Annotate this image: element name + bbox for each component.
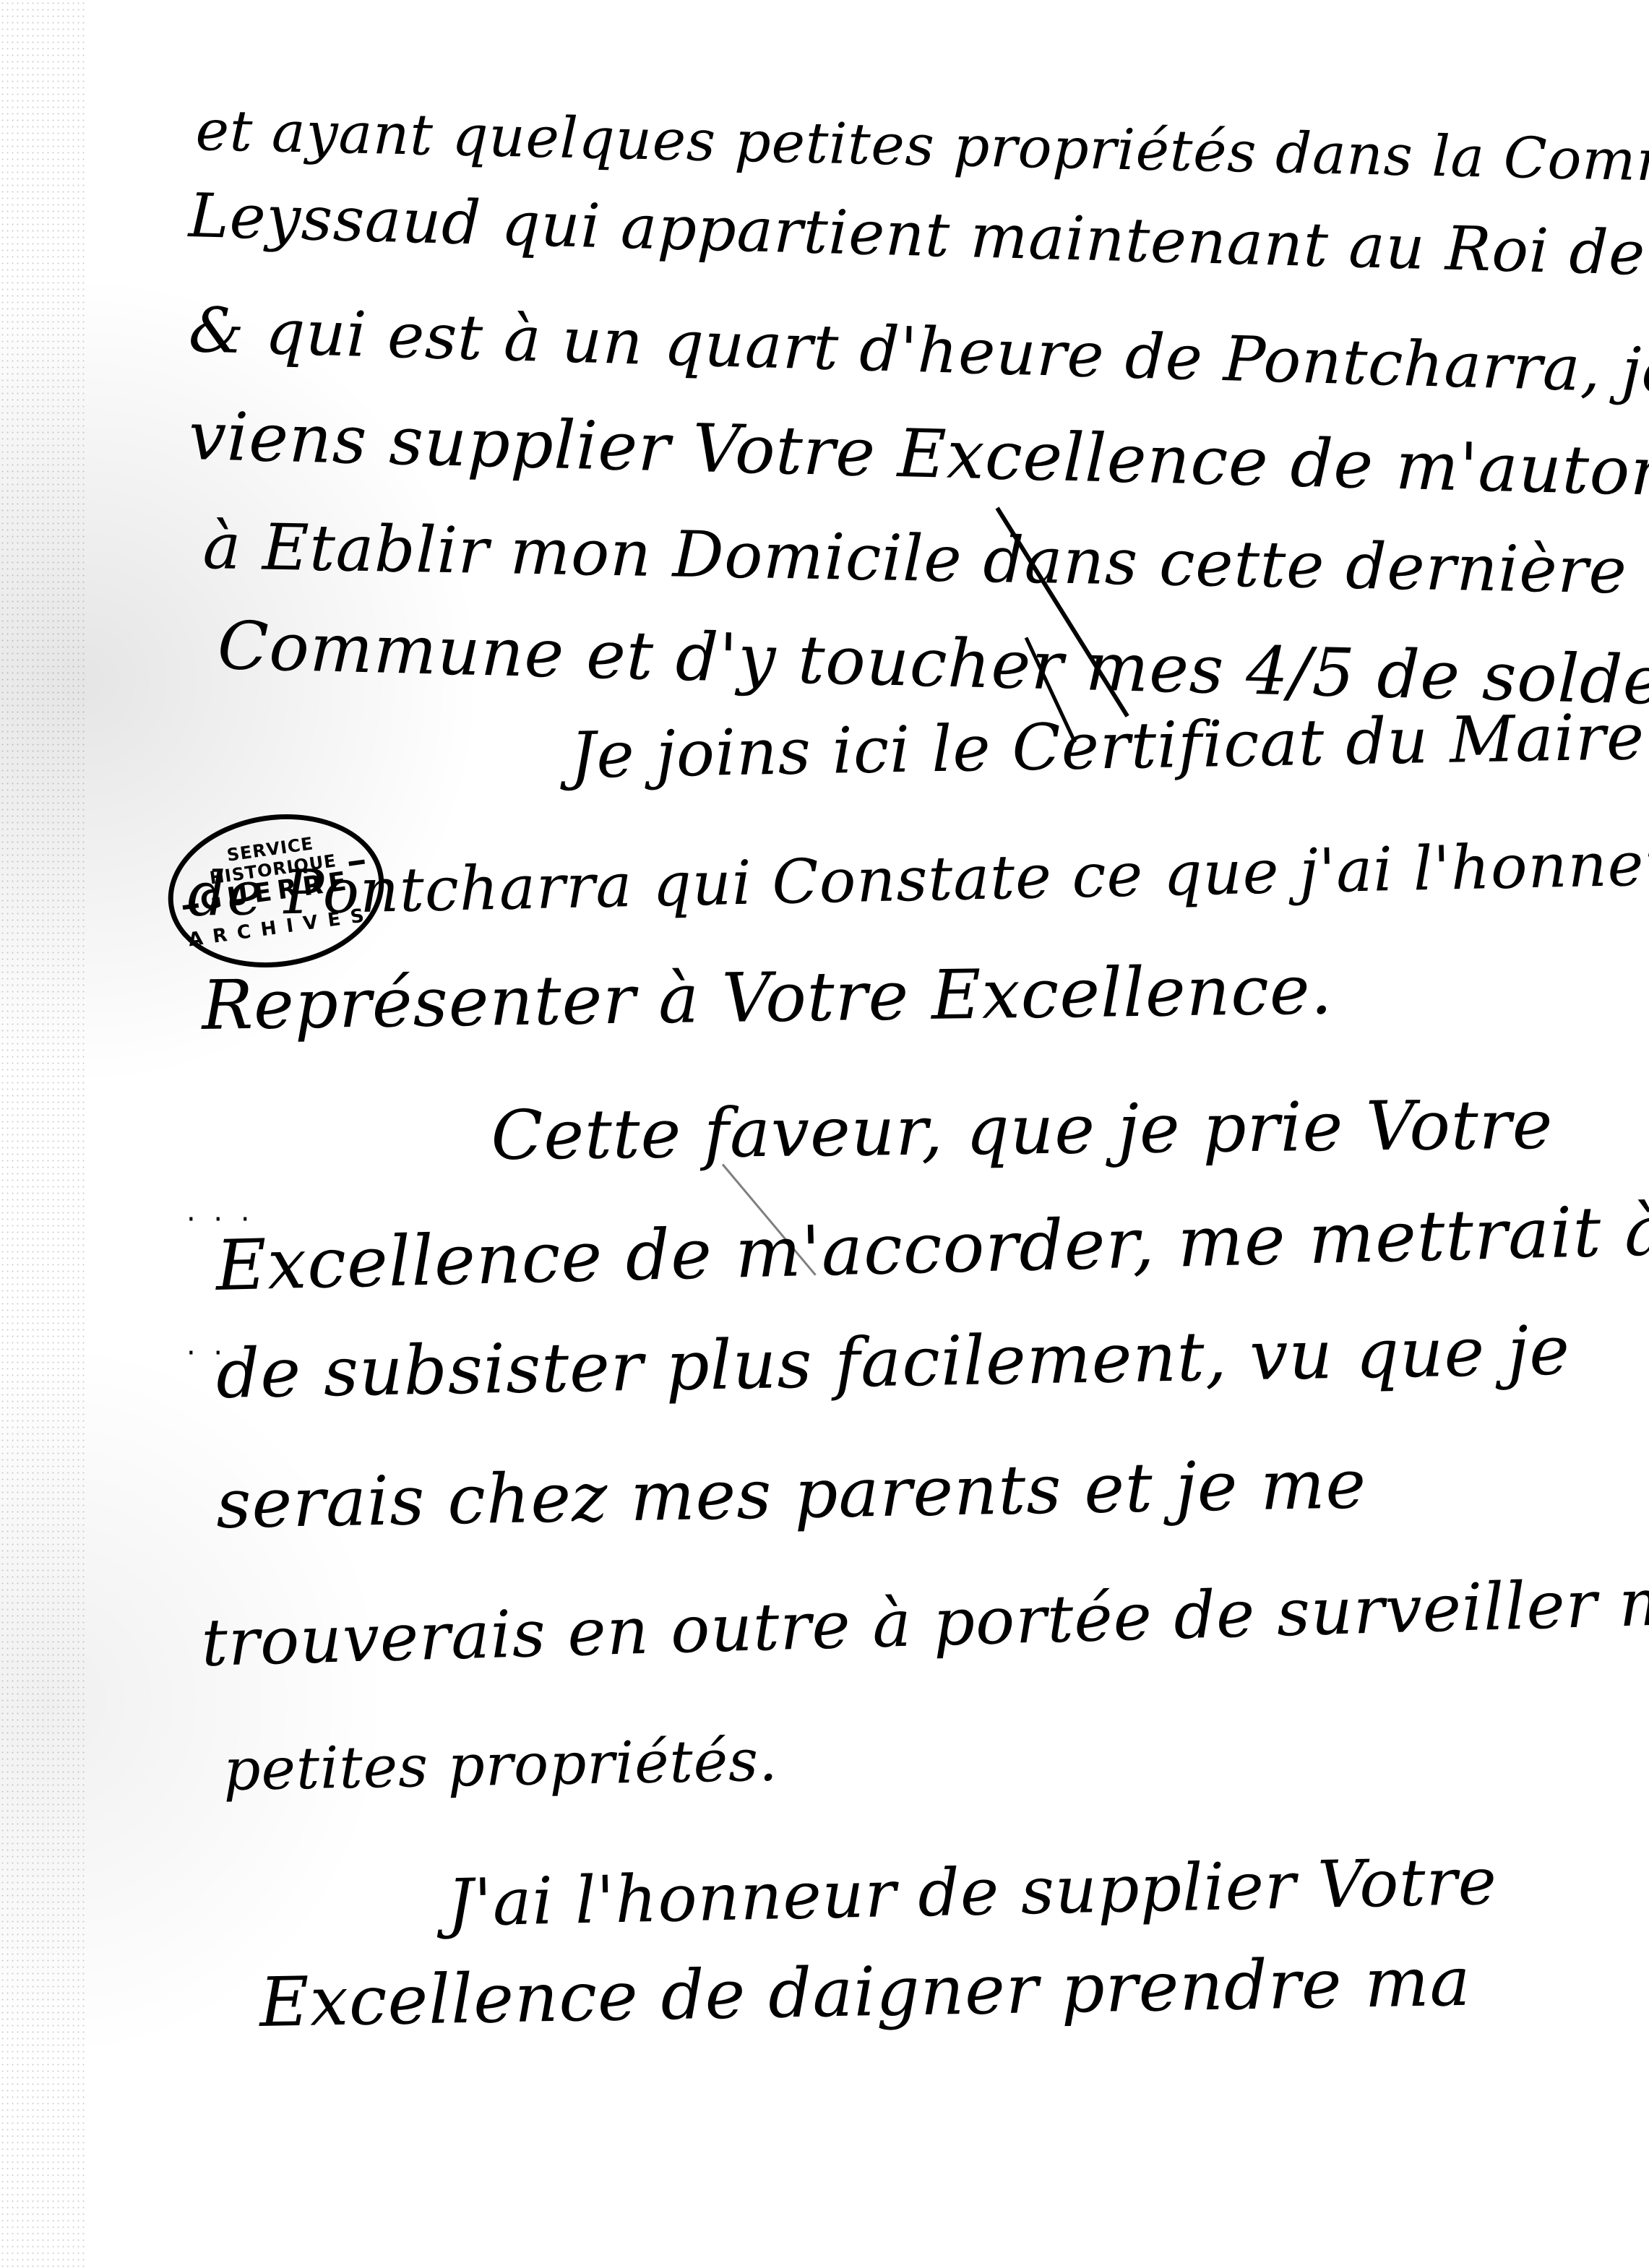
letter-line-4: viens supplier Votre Excellence de m'aut… xyxy=(188,403,1649,509)
letter-line-14: trouverais en outre à portée de surveill… xyxy=(200,1568,1649,1676)
letter-line-5: à Etablir mon Domicile dans cette derniè… xyxy=(202,514,1628,603)
letter-line-9: Représenter à Votre Excellence. xyxy=(202,957,1333,1040)
letter-line-12: de subsister plus facilement, vu que je xyxy=(215,1317,1570,1409)
archive-stamp: SERVICE HISTORIQUE GUERRE ARCHIVES xyxy=(158,801,394,981)
letter-line-1: et ayant quelques petites propriétés dan… xyxy=(195,103,1649,194)
letter-line-11: Excellence de m'accorder, me mettrait à … xyxy=(215,1190,1649,1301)
manuscript-page: et ayant quelques petites propriétés dan… xyxy=(0,0,1649,2268)
letter-line-17: Excellence de daigner prendre ma xyxy=(259,1949,1471,2038)
letter-line-13: serais chez mes parents et je me xyxy=(215,1451,1366,1539)
letter-line-6: Commune et d'y toucher mes 4/5 de solde. xyxy=(217,613,1649,715)
margin-dots: · · xyxy=(186,1337,227,1370)
letter-line-10: Cette faveur, que je prie Votre xyxy=(491,1092,1554,1170)
letter-line-3: & qui est à un quart d'heure de Pontchar… xyxy=(188,299,1649,403)
letter-line-8: de Pontcharra qui Constate ce que j'ai l… xyxy=(186,830,1649,925)
margin-dots: · · · xyxy=(186,1203,254,1236)
letter-line-7: Je joins ici le Certificat du Maire xyxy=(569,705,1645,788)
letter-line-16: J'ai l'honneur de supplier Votre xyxy=(447,1850,1498,1936)
letter-line-2: Leyssaud qui appartient maintenant au Ro… xyxy=(188,185,1649,293)
letter-line-15: petites propriétés. xyxy=(223,1732,779,1799)
scan-noise-left-edge xyxy=(0,0,87,2268)
